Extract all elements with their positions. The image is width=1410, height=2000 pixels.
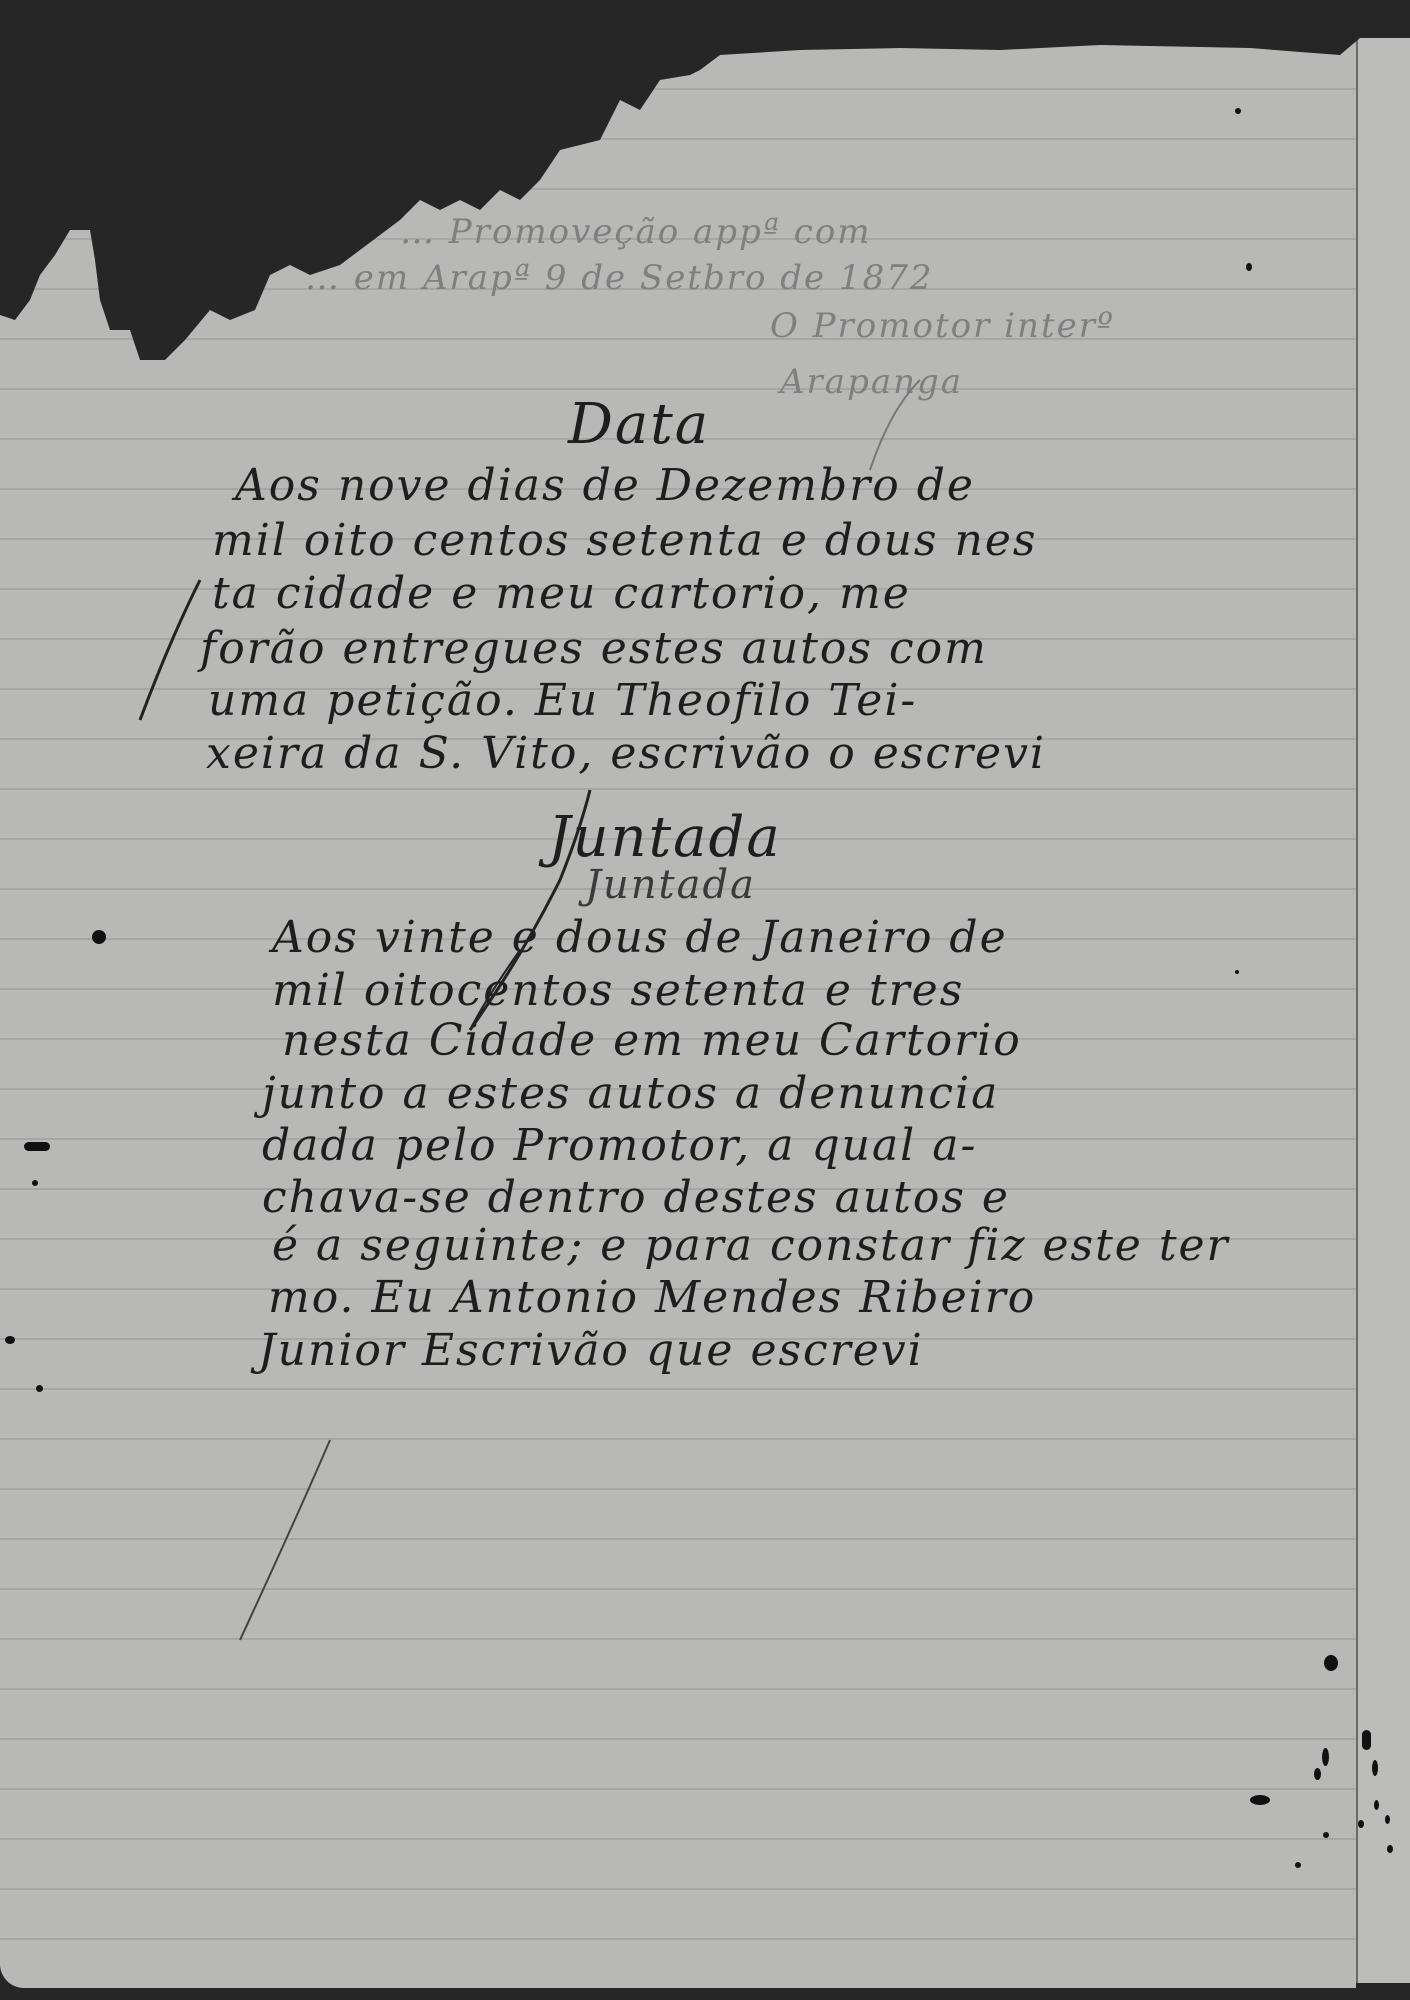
ink-spot (1295, 1862, 1301, 1868)
ink-spot (1358, 1820, 1364, 1828)
ink-spot (1372, 1760, 1378, 1776)
ink-spot (92, 930, 106, 944)
ink-spot (1385, 1815, 1390, 1824)
ink-spot (1235, 970, 1239, 974)
ink-spot (1323, 1832, 1329, 1838)
ink-spot (24, 1142, 50, 1151)
ink-spot (1374, 1800, 1379, 1810)
ink-spot (1246, 263, 1252, 271)
pen-flourishes (0, 0, 1410, 2000)
ink-spot (1362, 1730, 1371, 1750)
ink-spot (1250, 1795, 1270, 1805)
ink-spot (5, 1336, 15, 1344)
ink-spot (1387, 1845, 1393, 1853)
ink-spot (1314, 1768, 1321, 1780)
ink-spot (32, 1180, 38, 1186)
ink-spot (36, 1385, 43, 1392)
ink-spot (1322, 1748, 1329, 1766)
ink-spot (1235, 108, 1241, 114)
ink-spot (1324, 1655, 1338, 1671)
